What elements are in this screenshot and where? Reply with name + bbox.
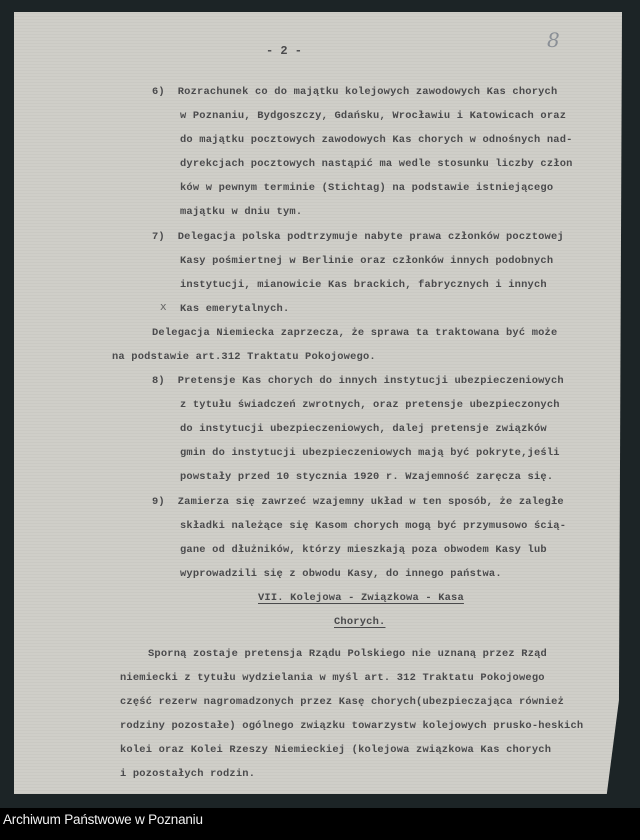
german-delegation-line-1: Delegacja Niemiecka zaprzecza, że sprawa… xyxy=(152,327,557,339)
item-8-line-4: gmin do instytucji ubezpieczeniowych maj… xyxy=(180,447,560,459)
item-7-line-3: instytucji, mianowicie Kas brackich, fab… xyxy=(180,279,547,291)
section-body-line-6: i pozostałych rodzin. xyxy=(120,768,255,780)
document-page: - 2 - 8 x 6) Rozrachunek co do majątku k… xyxy=(14,12,622,794)
section-body-line-4: rodziny pozostałe) ogólnego związku towa… xyxy=(120,720,583,732)
item-7-line-2: Kasy pośmiertnej w Berlinie oraz członkó… xyxy=(180,255,553,267)
section-body-line-1: Sporną zostaje pretensja Rządu Polskiego… xyxy=(148,648,547,660)
item-6-line-5: ków w pewnym terminie (Stichtag) na pods… xyxy=(180,182,553,194)
archive-footer-label: Archiwum Państwowe w Poznaniu xyxy=(3,812,203,836)
item-9-line-4: wyprowadzili się z obwodu Kasy, do inneg… xyxy=(180,568,502,580)
section-heading-line-1: VII. Kolejowa - Związkowa - Kasa xyxy=(258,592,464,604)
item-7-line-4: Kas emerytalnych. xyxy=(180,303,289,315)
page-number: - 2 - xyxy=(266,44,302,58)
item-7-line-1: 7) Delegacja polska podtrzymuje nabyte p… xyxy=(152,231,564,243)
item-6-line-2: w Poznaniu, Bydgoszczy, Gdańsku, Wrocław… xyxy=(180,110,566,122)
item-8-line-5: powstały przed 10 stycznia 1920 r. Wzaje… xyxy=(180,471,553,483)
item-6-line-4: dyrekcjach pocztowych nastąpić ma wedle … xyxy=(180,158,573,170)
section-body-line-5: kolei oraz Kolei Rzeszy Niemieckiej (kol… xyxy=(120,744,551,756)
item-9-line-3: gane od dłużników, którzy mieszkają poza… xyxy=(180,544,547,556)
german-delegation-line-2: na podstawie art.312 Traktatu Pokojowego… xyxy=(112,351,376,363)
item-6-line-1: 6) Rozrachunek co do majątku kolejowych … xyxy=(152,86,557,98)
handwritten-folio-number: 8 xyxy=(547,28,560,52)
margin-mark: x xyxy=(160,300,167,313)
scan-area: - 2 - 8 x 6) Rozrachunek co do majątku k… xyxy=(0,0,640,808)
item-6-line-3: do majątku pocztowych zawodowych Kas cho… xyxy=(180,134,573,146)
item-8-line-1: 8) Pretensje Kas chorych do innych insty… xyxy=(152,375,564,387)
item-9-line-1: 9) Zamierza się zawrzeć wzajemny układ w… xyxy=(152,496,564,508)
item-6-line-6: majątku w dniu tym. xyxy=(180,206,302,218)
item-9-line-2: składki należące się Kasom chorych mogą … xyxy=(180,520,566,532)
section-heading-line-2: Chorych. xyxy=(334,616,385,628)
item-8-line-2: z tytułu świadczeń zwrotnych, oraz prete… xyxy=(180,399,560,411)
section-body-line-3: część rezerw nagromadzonych przez Kasę c… xyxy=(120,696,564,708)
item-8-line-3: do instytucji ubezpieczeniowych, dalej p… xyxy=(180,423,547,435)
section-body-line-2: niemiecki z tytułu wydzielania w myśl ar… xyxy=(120,672,545,684)
